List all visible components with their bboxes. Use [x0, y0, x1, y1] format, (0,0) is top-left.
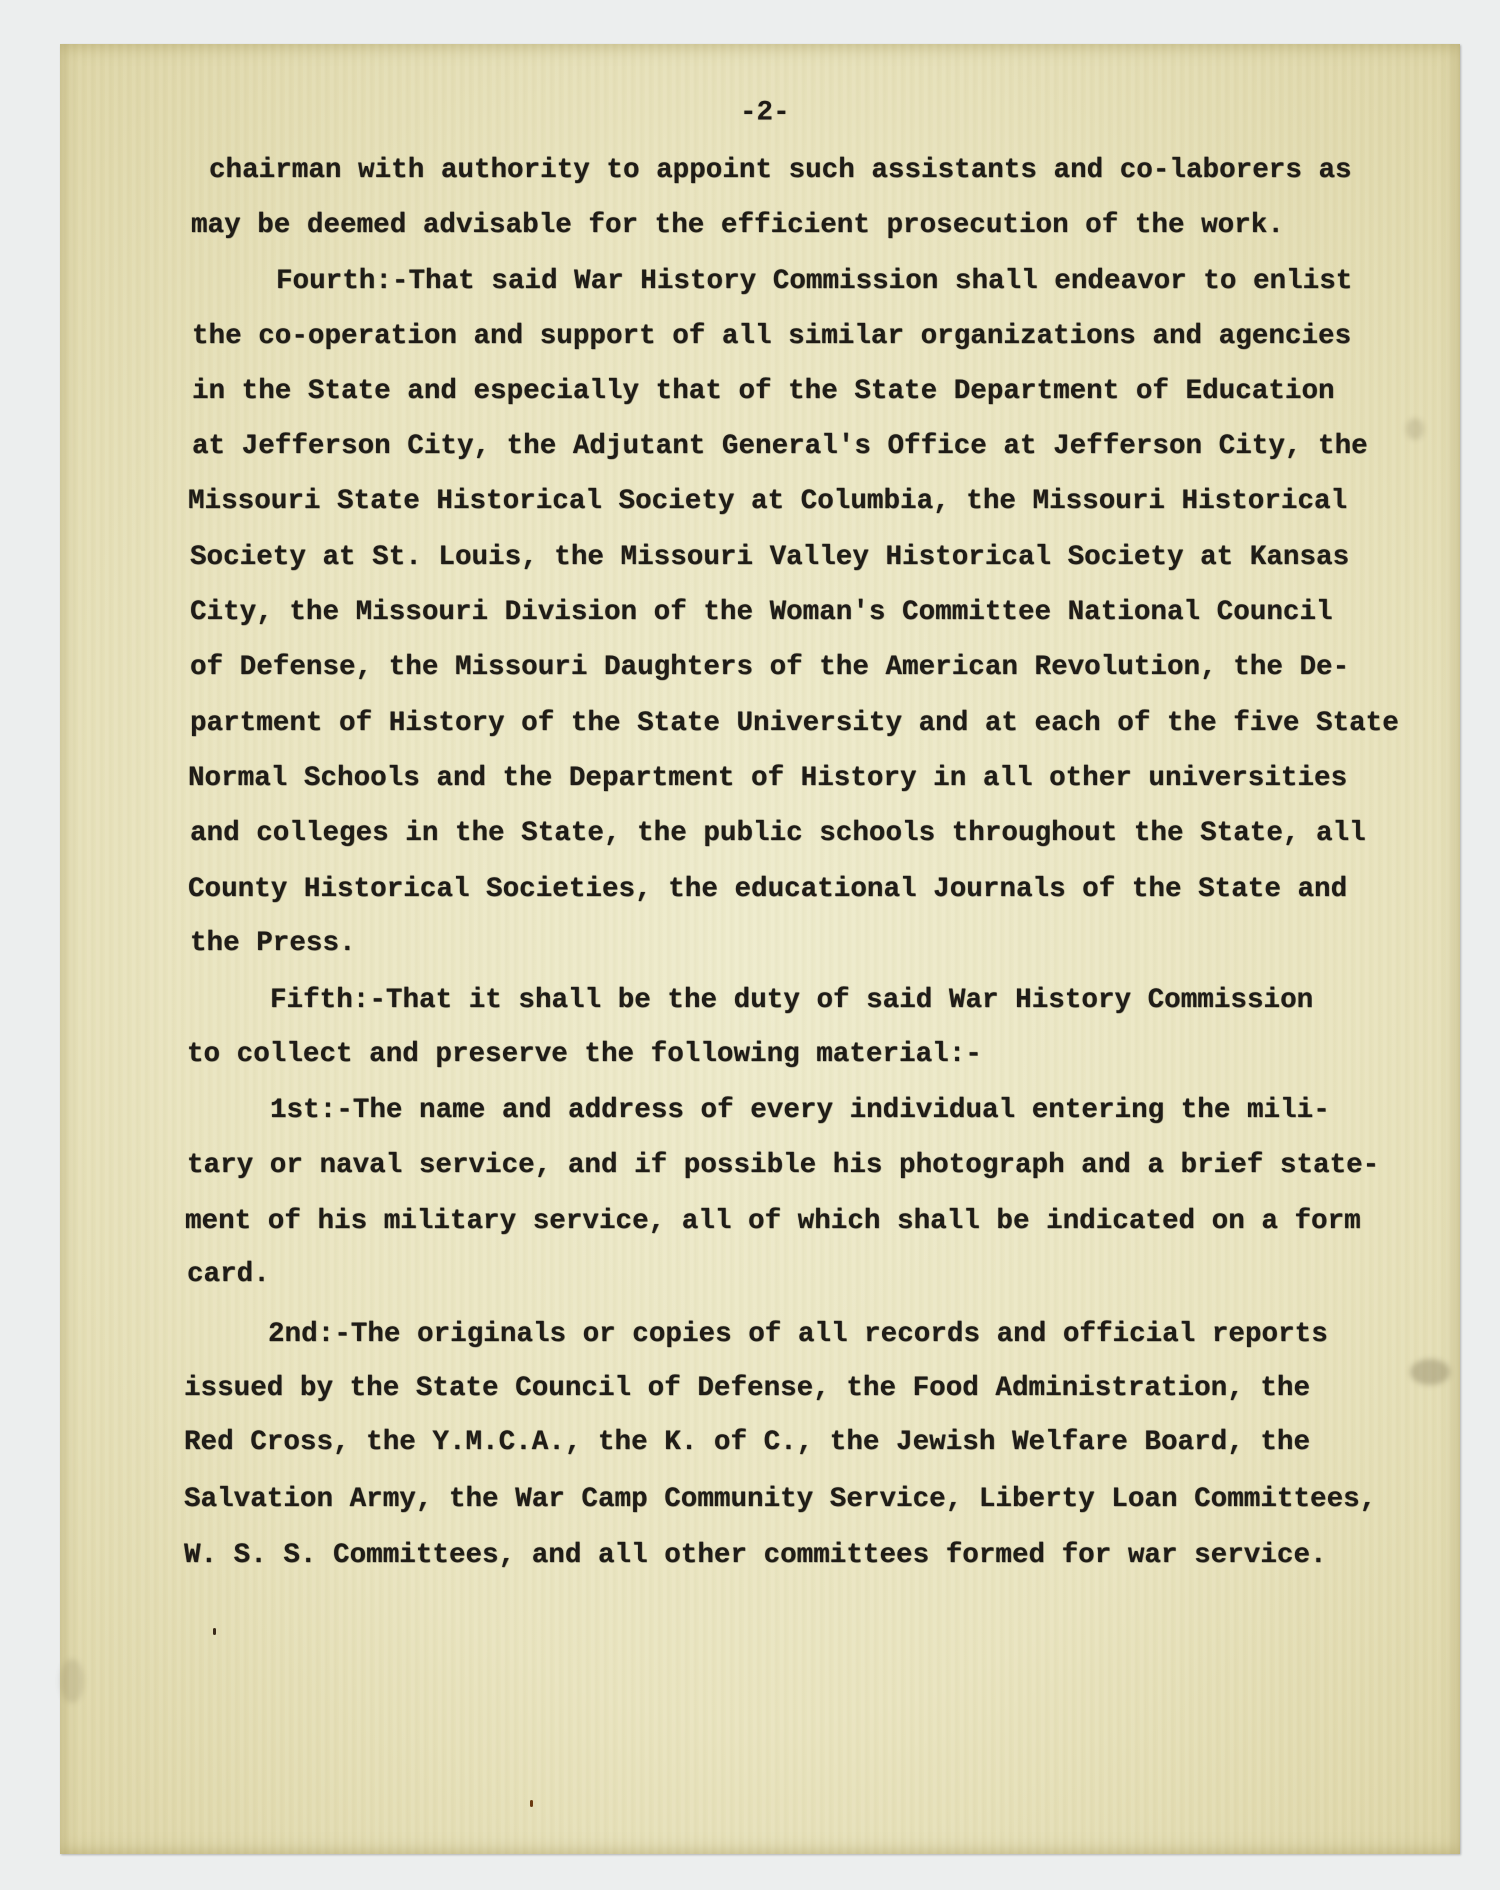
text-line: partment of History of the State Univers…	[190, 709, 1399, 739]
text-line: Missouri State Historical Society at Col…	[188, 487, 1347, 517]
text-line: may be deemed advisable for the efficien…	[191, 211, 1284, 241]
text-line: Red Cross, the Y.M.C.A., the K. of C., t…	[184, 1428, 1310, 1458]
smudge-mark	[60, 1659, 84, 1703]
text-line: W. S. S. Committees, and all other commi…	[184, 1541, 1327, 1571]
text-line: Normal Schools and the Department of His…	[188, 764, 1347, 794]
text-line: Salvation Army, the War Camp Community S…	[184, 1485, 1376, 1515]
text-line: City, the Missouri Division of the Woman…	[190, 598, 1333, 628]
text-line: Fourth:-That said War History Commission…	[276, 267, 1352, 297]
text-line: of Defense, the Missouri Daughters of th…	[190, 653, 1349, 683]
page-number: -2-	[740, 98, 790, 129]
text-line: tary or naval service, and if possible h…	[187, 1151, 1379, 1181]
text-line: 1st:-The name and address of every indiv…	[270, 1096, 1330, 1126]
text-line: and colleges in the State, the public sc…	[190, 819, 1366, 849]
text-line: 2nd:-The originals or copies of all reco…	[268, 1320, 1328, 1350]
text-line: in the State and especially that of the …	[192, 377, 1335, 407]
text-line: the co-operation and support of all simi…	[192, 322, 1351, 352]
text-line: card.	[187, 1260, 270, 1290]
text-line: issued by the State Council of Defense, …	[184, 1374, 1310, 1404]
text-line: County Historical Societies, the educati…	[188, 875, 1347, 905]
ink-speck	[530, 1800, 533, 1807]
smudge-mark	[1410, 1359, 1450, 1385]
text-line: Fifth:-That it shall be the duty of said…	[270, 986, 1313, 1016]
smudge-mark	[1406, 418, 1424, 440]
text-line: ment of his military service, all of whi…	[185, 1207, 1361, 1237]
text-line: chairman with authority to appoint such …	[209, 156, 1352, 186]
ink-speck	[213, 1628, 216, 1635]
text-line: Society at St. Louis, the Missouri Valle…	[190, 543, 1349, 573]
text-line: the Press.	[190, 929, 356, 959]
text-line: at Jefferson City, the Adjutant General'…	[192, 432, 1368, 462]
text-line: to collect and preserve the following ma…	[187, 1040, 982, 1070]
